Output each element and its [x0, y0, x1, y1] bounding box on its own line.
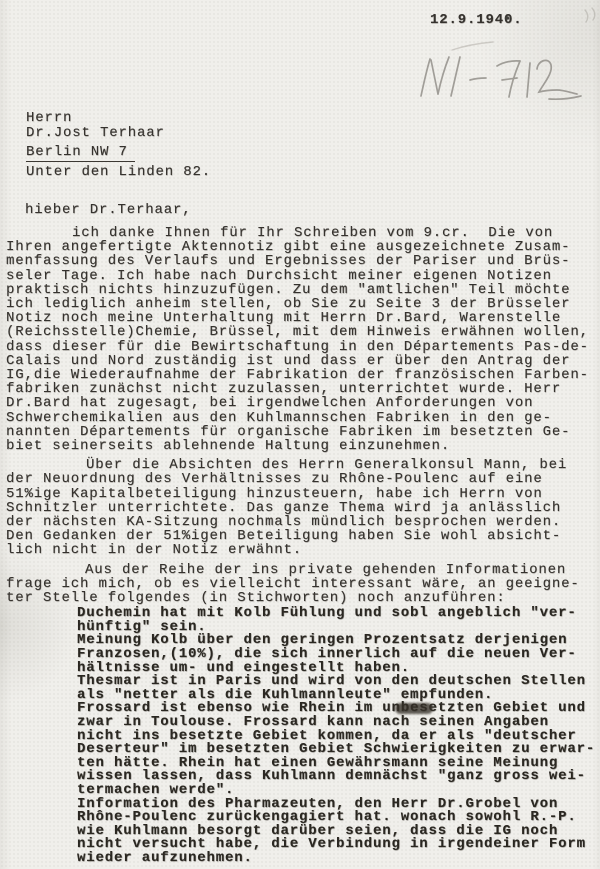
letter-line: frage ich mich, ob es vielleicht interes… [6, 577, 598, 591]
scanned-letter-page: 12.9.1940. HerrnDr.Jost TerhaarBerlin NW… [0, 0, 600, 869]
letter-line: menfassung des Verlaufs und Ergebnisses … [6, 254, 598, 268]
letter-line: biet seinerseits ablehnende Haltung einz… [6, 439, 598, 453]
recipient-address: HerrnDr.Jost TerhaarBerlin NW 7Unter den… [26, 111, 211, 180]
address-line: Dr.Jost Terhaar [26, 126, 211, 141]
paragraph-block: ich danke Ihnen für Ihr Schreiben vom 9.… [6, 226, 598, 453]
letter-line: praktisch nichts hinzuzufügen. Zu dem "a… [6, 283, 598, 297]
letter-line: Calais und Nord zuständig ist und dass e… [6, 354, 598, 368]
address-line: Berlin NW 7 [26, 144, 135, 162]
letter-line: der Neuordnung des Verhältnisses zu Rhôn… [6, 472, 598, 486]
letter-line: Dr.Bard hat zugesagt, bei irgendwelchen … [6, 396, 598, 410]
letter-line: Aus der Reihe der ins private gehenden I… [6, 563, 598, 577]
letter-line: 51%ige Kapitalbeteiligung hinzusteuern, … [6, 487, 598, 501]
paragraph-block: Aus der Reihe der ins private gehenden I… [6, 563, 598, 606]
letter-line: Schwerchemikalien aus den Kuhlmannschen … [6, 411, 598, 425]
address-line: Unter den Linden 82. [26, 165, 211, 180]
letter-body: ich danke Ihnen für Ihr Schreiben vom 9.… [6, 226, 598, 866]
address-line: Herrn [26, 111, 211, 126]
letter-line: nannten Départements für organische Fabr… [6, 425, 598, 439]
letter-line: Schnitzler unterrichtete. Das ganze Them… [6, 501, 598, 515]
letter-line: ter Stelle folgendes (in Stichworten) no… [6, 591, 598, 605]
letter-line: (Reichsstelle)Chemie, Brüssel, mit dem H… [6, 325, 598, 339]
letter-date: 12.9.1940. [430, 12, 523, 28]
paragraph-block: Über die Absichten des Herrn Generalkons… [6, 458, 598, 557]
salutation: hieber Dr.Terhaar, [25, 202, 192, 218]
letter-line: seler Tage. Ich habe nach Durchsicht mei… [6, 269, 598, 283]
letter-line: wieder aufzunehmen. [77, 852, 598, 866]
letter-line: dass dieser für die Bewirtschaftung in d… [6, 340, 598, 354]
letter-line: lich nicht in der Notiz erwähnt. [6, 543, 598, 557]
keyword-list-block: Duchemin hat mit Kolb Fühlung und sobl a… [6, 607, 598, 865]
